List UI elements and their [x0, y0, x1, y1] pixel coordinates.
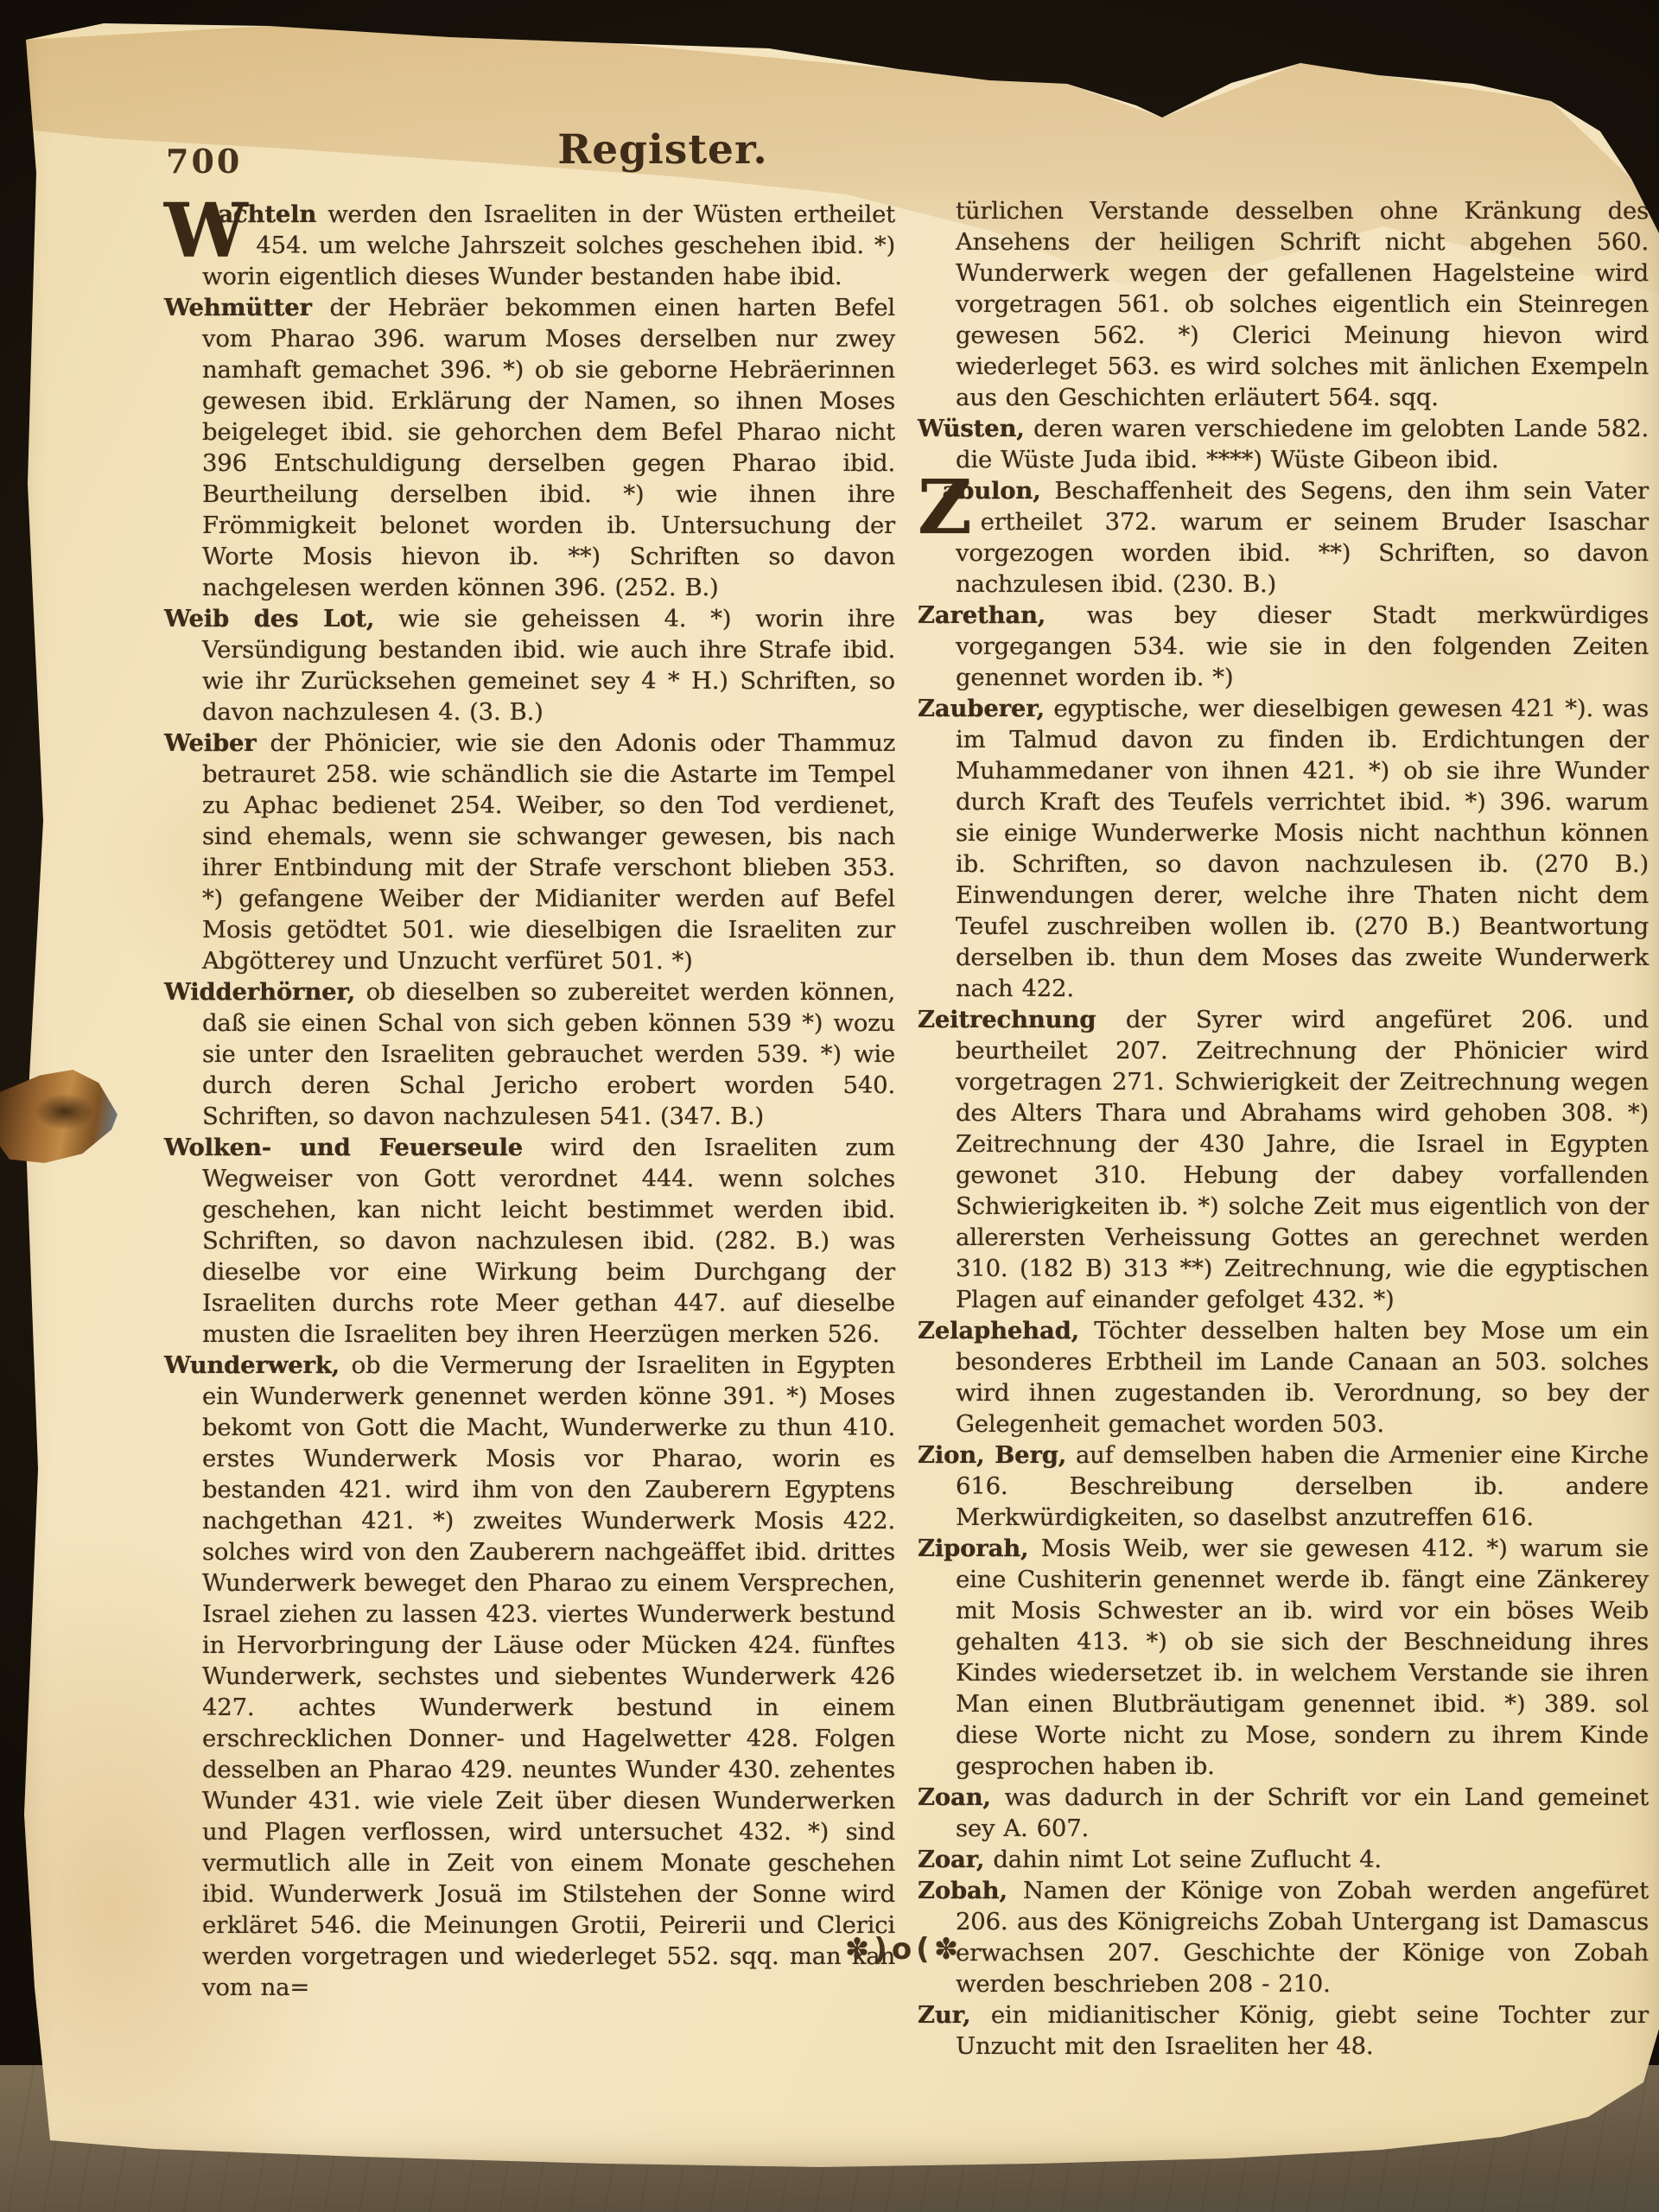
entry-term: Wolken- und Feuerseule: [164, 1134, 523, 1161]
index-entry: türlichen Verstande desselben ohne Kränk…: [918, 195, 1649, 413]
entry-term: Zarethan,: [918, 601, 1046, 629]
index-entry: Zoar, dahin nimt Lot seine Zuflucht 4.: [918, 1844, 1649, 1875]
page-title: Register.: [557, 126, 768, 174]
entry-term: Zoar,: [918, 1846, 984, 1873]
index-entry: Wolken- und Feuerseule wird den Israelit…: [164, 1132, 895, 1350]
index-entry: Zeitrechnung der Syrer wird angefüret 20…: [918, 1004, 1649, 1315]
footer-ornament: ✽)o(✽: [845, 1932, 963, 1967]
entry-term: Weiber: [164, 729, 257, 757]
index-column-right: türlichen Verstande desselben ohne Kränk…: [918, 195, 1649, 2062]
index-entry: Zion, Berg, auf demselben haben die Arme…: [918, 1440, 1649, 1533]
index-entry: Weib des Lot, wie sie geheissen 4. *) wo…: [164, 603, 895, 728]
entry-term: Widderhörner,: [164, 978, 355, 1006]
index-column-left: Wachteln werden den Israeliten in der Wü…: [164, 199, 895, 2003]
entry-term: Wüsten,: [918, 415, 1025, 442]
entry-term: achteln: [218, 200, 316, 228]
entry-term: Zelaphehad,: [918, 1317, 1079, 1344]
photo-backdrop: 700 Register. Wachteln werden den Israel…: [0, 0, 1659, 2212]
entry-term: Ziporah,: [918, 1535, 1028, 1562]
book-page: 700 Register. Wachteln werden den Israel…: [0, 0, 1659, 2171]
entry-term: Zeitrechnung: [918, 1006, 1096, 1033]
entry-term: Wehmütter: [164, 294, 312, 321]
entry-term: Zur,: [918, 2001, 970, 2029]
entry-term: Zoan,: [918, 1783, 991, 1811]
entry-term: Weib des Lot,: [164, 605, 374, 632]
entry-term: Zauberer,: [918, 695, 1045, 722]
index-entry: Widderhörner, ob dieselben so zubereitet…: [164, 976, 895, 1132]
index-entry: Zarethan, was bey dieser Stadt merkwürdi…: [918, 600, 1649, 693]
index-entry: Weiber der Phönicier, wie sie den Adonis…: [164, 728, 895, 976]
entry-term: Zion, Berg,: [918, 1441, 1066, 1469]
entry-term: Wunderwerk,: [164, 1351, 340, 1379]
entry-term: abulon,: [943, 477, 1041, 505]
index-entry: Wüsten, deren waren verschiedene im gelo…: [918, 413, 1649, 475]
index-entry: Zoan, was dadurch in der Schrift vor ein…: [918, 1782, 1649, 1844]
index-entry: Zelaphehad, Töchter desselben halten bey…: [918, 1315, 1649, 1440]
index-entry: Wunderwerk, ob die Vermerung der Israeli…: [164, 1350, 895, 2003]
index-entry: Wehmütter der Hebräer bekommen einen har…: [164, 292, 895, 603]
page-number: 700: [166, 142, 242, 181]
index-entry: Zauberer, egyptische, wer dieselbigen ge…: [918, 693, 1649, 1004]
index-entry: Zobah, Namen der Könige von Zobah werden…: [918, 1875, 1649, 1999]
index-entry: Zabulon, Beschaffenheit des Segens, den …: [918, 475, 1649, 600]
entry-term: Zobah,: [918, 1877, 1007, 1904]
index-entry: Ziporah, Mosis Weib, wer sie gewesen 412…: [918, 1533, 1649, 1782]
index-entry: Wachteln werden den Israeliten in der Wü…: [164, 199, 895, 292]
index-entry: Zur, ein midianitischer König, giebt sei…: [918, 1999, 1649, 2062]
